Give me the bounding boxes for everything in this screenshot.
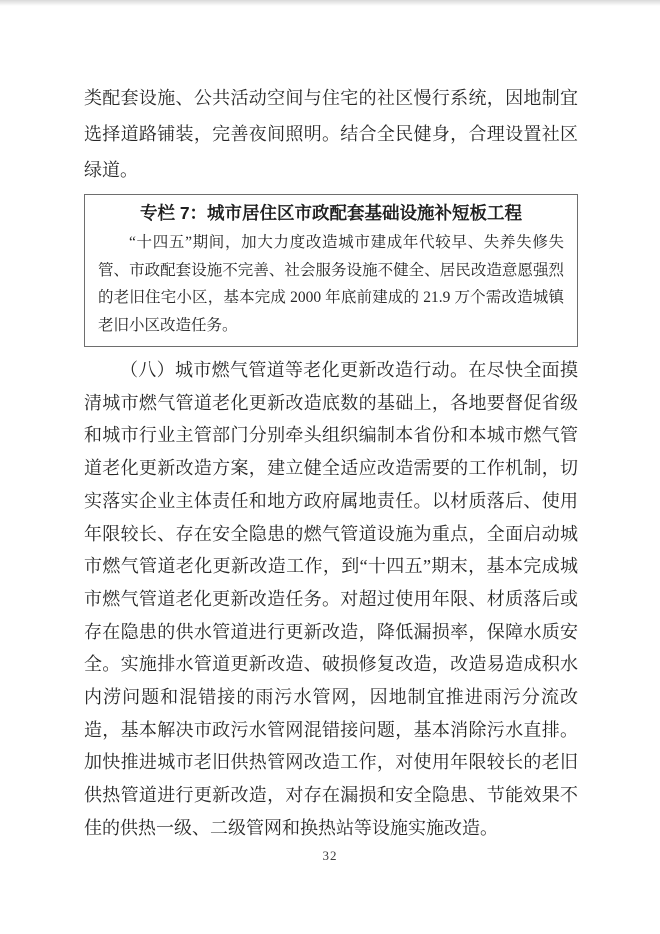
section-paragraph: （八）城市燃气管道等老化更新改造行动。在尽快全面摸清城市燃气管道老化更新改造底数… — [84, 354, 578, 845]
document-page: 类配套设施、公共活动空间与住宅的社区慢行系统，因地制宜选择道路铺装，完善夜间照明… — [84, 80, 578, 845]
callout-box-body: “十四五”期间，加大力度改造城市建成年代较早、失养失修失管、市政配套设施不完善、… — [98, 229, 564, 339]
page-number: 32 — [0, 848, 660, 864]
callout-box: 专栏 7：城市居住区市政配套基础设施补短板工程 “十四五”期间，加大力度改造城市… — [84, 194, 578, 347]
callout-box-title: 专栏 7：城市居住区市政配套基础设施补短板工程 — [98, 200, 564, 226]
scan-edge-shadow — [0, 0, 660, 6]
continuation-paragraph: 类配套设施、公共活动空间与住宅的社区慢行系统，因地制宜选择道路铺装，完善夜间照明… — [84, 80, 578, 188]
